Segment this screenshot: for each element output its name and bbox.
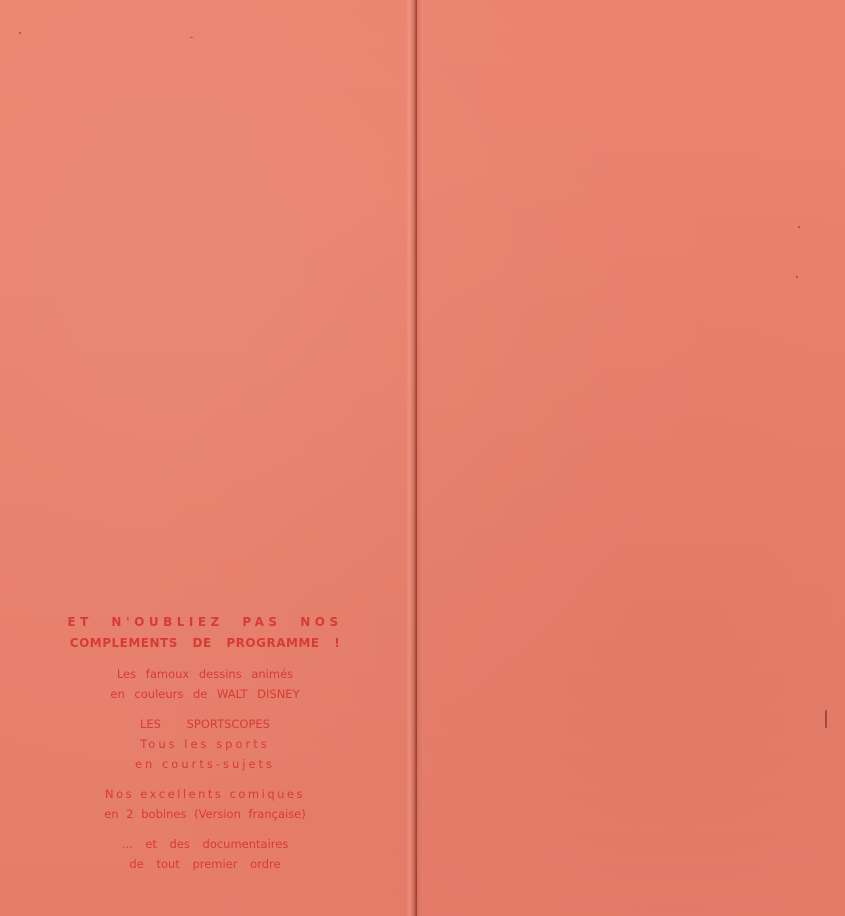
sportscopes-group: LES SPORTSCOPES Tous les sports en court…: [40, 714, 370, 774]
comedies-line-2: en 2 bobines (Version française): [40, 804, 370, 824]
paper-speck: [19, 32, 21, 34]
paper-mark: [825, 710, 827, 728]
disney-cartoons-group: Les famoux dessins animés en couleurs de…: [40, 664, 370, 704]
sportscopes-title: LES SPORTSCOPES: [40, 714, 370, 734]
documentaries-line-1: ... et des documentaires: [40, 834, 370, 854]
headline-line-1: ET N'OUBLIEZ PAS NOS: [40, 612, 370, 633]
documentaries-line-2: de tout premier ordre: [40, 854, 370, 874]
comedies-group: Nos excellents comiques en 2 bobines (Ve…: [40, 784, 370, 824]
sportscopes-line-2: Tous les sports: [40, 734, 370, 754]
folded-leaflet: ET N'OUBLIEZ PAS NOS COMPLEMENTS DE PROG…: [0, 0, 845, 916]
paper-speck: [798, 226, 800, 228]
documentaries-group: ... et des documentaires de tout premier…: [40, 834, 370, 874]
center-fold-crease: [406, 0, 422, 916]
paper-speck: [190, 37, 193, 38]
programme-complements-notice: ET N'OUBLIEZ PAS NOS COMPLEMENTS DE PROG…: [40, 612, 370, 874]
disney-line-2: en couleurs de WALT DISNEY: [40, 684, 370, 704]
paper-speck: [796, 276, 798, 278]
center-fold-line: [416, 0, 417, 916]
right-panel-blank: [421, 0, 845, 916]
comedies-line-1: Nos excellents comiques: [40, 784, 370, 804]
left-panel: ET N'OUBLIEZ PAS NOS COMPLEMENTS DE PROG…: [0, 0, 409, 916]
headline-line-2: COMPLEMENTS DE PROGRAMME !: [40, 633, 370, 654]
sportscopes-line-3: en courts-sujets: [40, 754, 370, 774]
disney-line-1: Les famoux dessins animés: [40, 664, 370, 684]
